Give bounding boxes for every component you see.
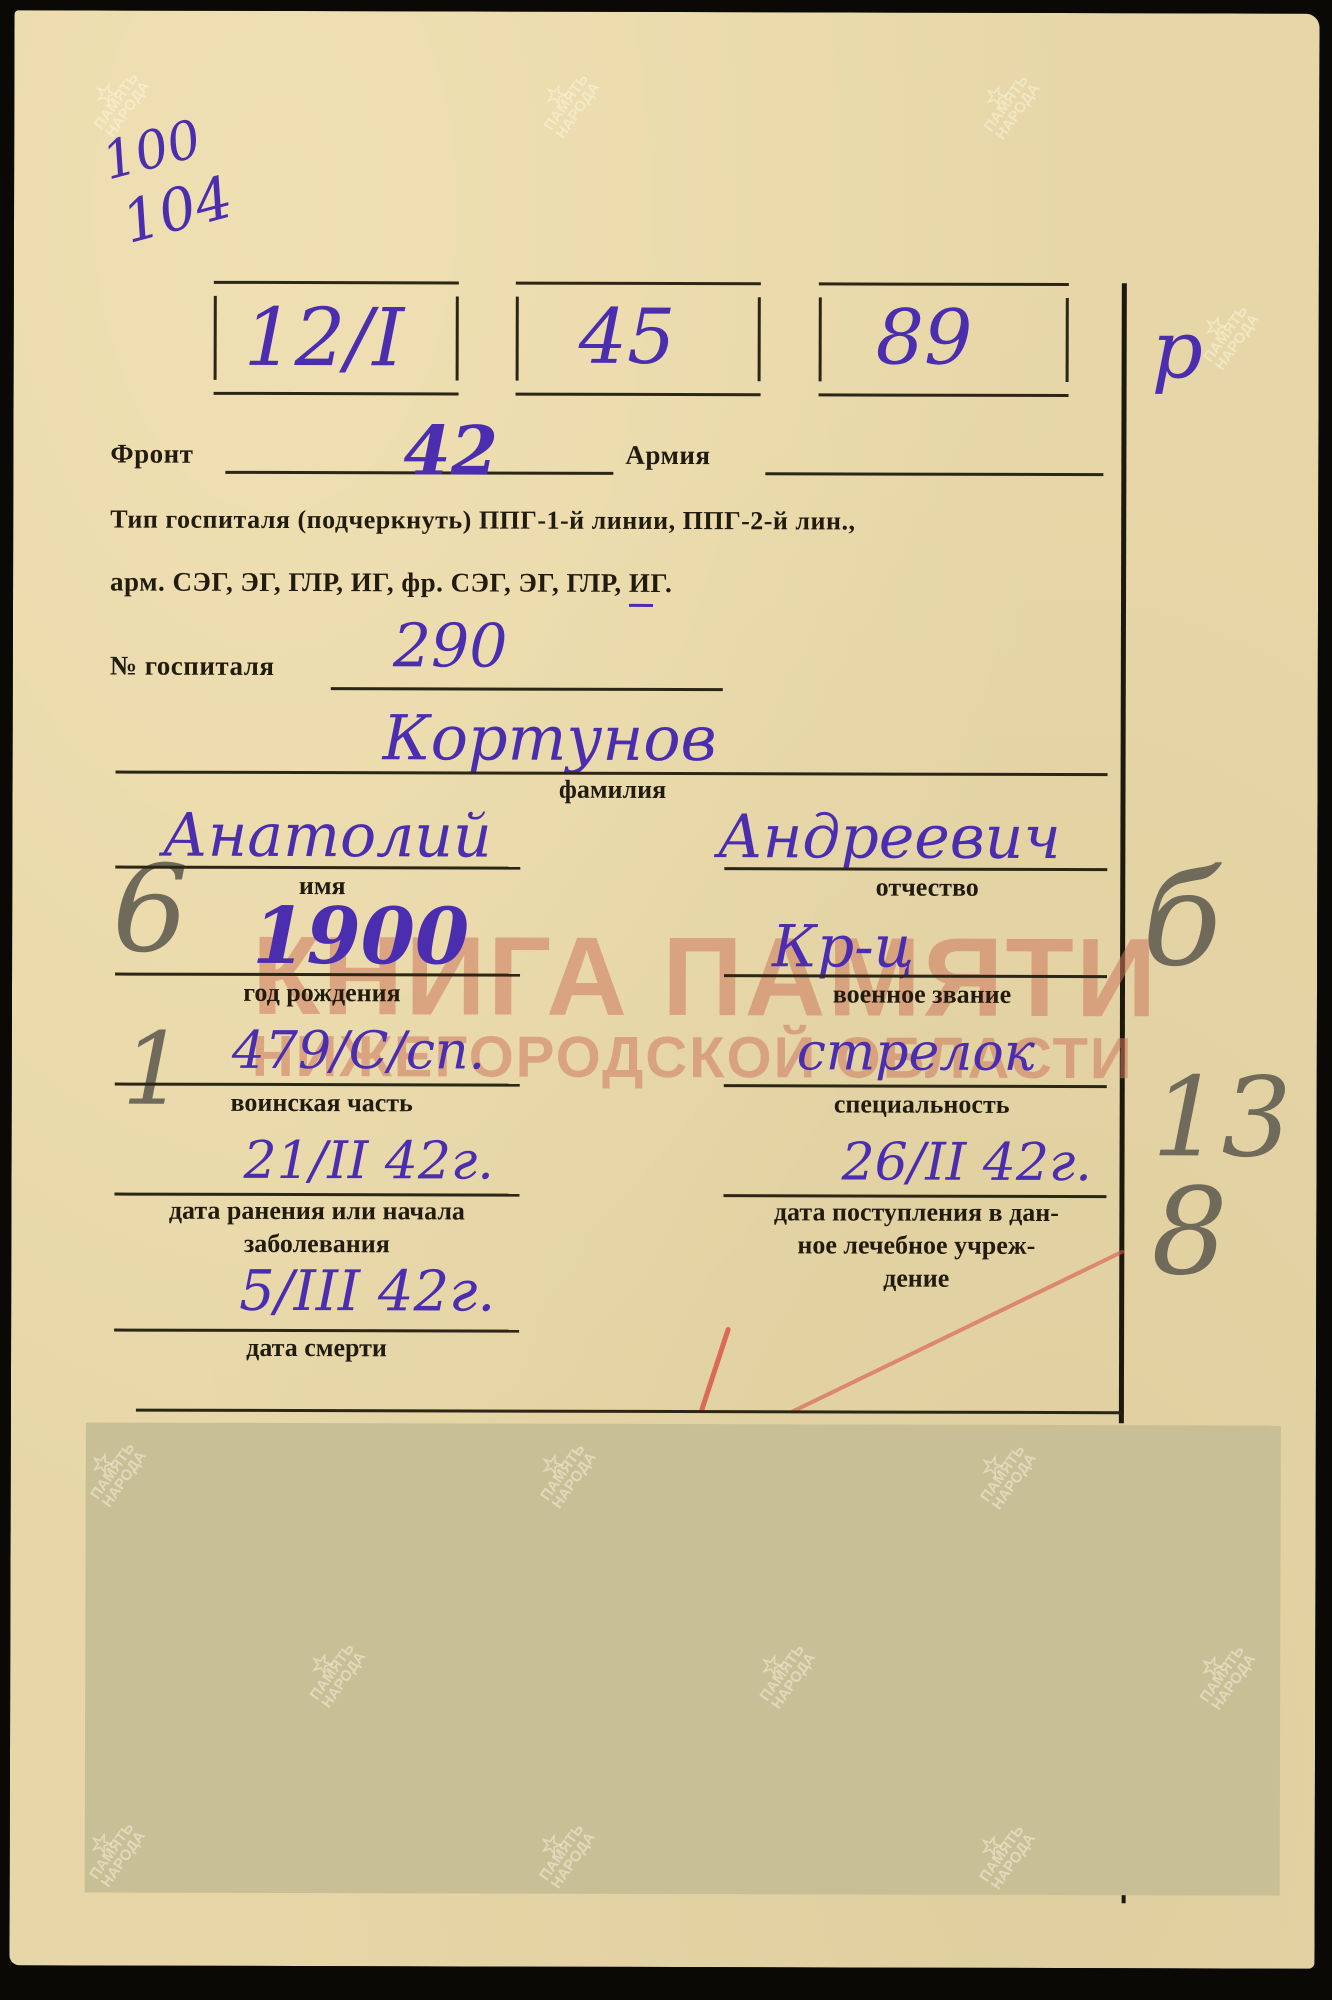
redacted-area (85, 1422, 1281, 1895)
death-date-label: дата смерти (114, 1333, 519, 1364)
birth-year-label: год рождения (172, 978, 472, 1009)
wound-date-label-1: дата ранения или начала (114, 1196, 519, 1227)
army-label: Армия (625, 440, 710, 471)
bottom-rule (136, 1409, 1121, 1415)
specialty-value: стрелок (797, 1022, 1035, 1083)
hospital-number-value: 290 (393, 611, 508, 681)
wound-date-label-2: заболевания (114, 1229, 519, 1260)
header-box-3-value: 89 (876, 293, 973, 382)
star-icon: ☆ (531, 64, 580, 125)
front-value: 42 (403, 411, 498, 491)
birth-year-value: 1900 (252, 891, 469, 983)
patronymic-value: Андреевич (717, 802, 1060, 873)
specialty-label: специальность (782, 1089, 1062, 1120)
patronymic-label: отчество (817, 872, 1037, 903)
unit-label: воинская часть (172, 1088, 472, 1119)
admission-date-value: 26/II 42г. (841, 1132, 1091, 1193)
header-box-2-value: 45 (579, 292, 676, 381)
document-card: ☆ПАМЯТЬНАРОДА ☆ПАМЯТЬНАРОДА ☆ПАМЯТЬНАРОД… (9, 10, 1319, 1968)
admission-date-label-1: дата поступления в дан- (711, 1197, 1121, 1228)
watermark-tile: ☆ПАМЯТЬНАРОДА (971, 65, 1043, 142)
hospital-number-line (331, 687, 723, 691)
hospital-type-line2: арм. СЭГ, ЭГ, ГЛР, ИГ, фр. СЭГ, ЭГ, ГЛР,… (110, 567, 672, 599)
rank-value: Кр-ц (772, 912, 914, 980)
star-icon: ☆ (971, 65, 1020, 126)
watermark-tile: ☆ПАМЯТЬНАРОДА (531, 64, 603, 141)
star-icon: ☆ (81, 63, 130, 124)
rank-label: военное звание (772, 979, 1072, 1010)
hospital-type-line1: Тип госпиталя (подчеркнуть) ППГ-1-й лини… (110, 505, 855, 537)
hospital-number-label: № госпиталя (110, 651, 275, 682)
hospital-type-underline (629, 604, 653, 607)
surname-value: Кортунов (383, 701, 717, 775)
margin-note-r: р (1152, 303, 1203, 396)
unit-value: 479/С/сп. (232, 1021, 485, 1082)
margin-note-8: 8 (1151, 1163, 1228, 1302)
first-name-value: Анатолий (162, 801, 491, 872)
header-box-1-value: 12/I (244, 291, 405, 384)
admission-date-label-2: ное лечебное учреж- (711, 1230, 1121, 1261)
surname-label: фамилия (512, 775, 712, 806)
wound-date-value: 21/II 42г. (243, 1131, 493, 1192)
red-check-mark-short (699, 1326, 732, 1413)
front-label: Фронт (110, 439, 193, 470)
army-line (765, 472, 1103, 476)
death-date-value: 5/III 42г. (239, 1259, 495, 1325)
